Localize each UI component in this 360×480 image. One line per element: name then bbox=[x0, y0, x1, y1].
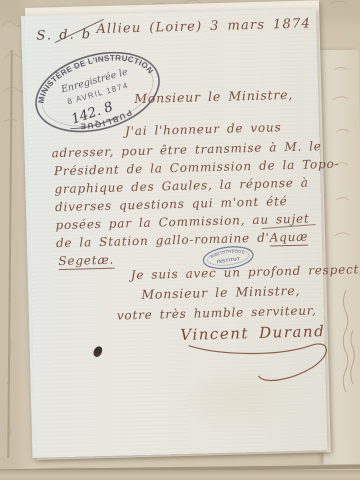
body-line-8: Segetæ. bbox=[58, 254, 114, 267]
body-line-2: adresser, pour être transmise à M. le bbox=[51, 140, 321, 159]
ink-blot bbox=[92, 345, 103, 358]
body-line-1: J'ai l'honneur de vous bbox=[125, 121, 282, 137]
segetae-underlined: Segetæ. bbox=[58, 253, 114, 270]
dateline: Allieu (Loire) 3 mars 1874 bbox=[96, 17, 311, 36]
aquae-underlined: Aquæ bbox=[269, 230, 308, 247]
bottom-paper-strip bbox=[0, 470, 360, 480]
library-stamp-center-text: INSTITUT bbox=[217, 256, 241, 264]
archival-mark: S. d. b bbox=[36, 27, 92, 43]
body-line-5: diverses questions qui m'ont été bbox=[55, 195, 288, 213]
salutation: Monsieur le Ministre, bbox=[134, 89, 293, 106]
letter-sheet: S. d. b Allieu (Loire) 3 mars 1874 MINIS… bbox=[21, 8, 327, 458]
closing-line-3: votre très humble serviteur, bbox=[117, 304, 317, 321]
body-line-3: Président de la Commission de la Topo- bbox=[54, 158, 340, 177]
signature-flourish bbox=[160, 326, 342, 397]
photo-of-letter: S. d. b Allieu (Loire) 3 mars 1874 MINIS… bbox=[0, 0, 360, 480]
body-line-7: de la Station gallo-romaine d'Aquæ bbox=[56, 231, 309, 250]
body-line-4: graphique des Gaules, la réponse à bbox=[54, 177, 309, 196]
closing-line-2: Monsieur le Ministre, bbox=[141, 285, 300, 302]
